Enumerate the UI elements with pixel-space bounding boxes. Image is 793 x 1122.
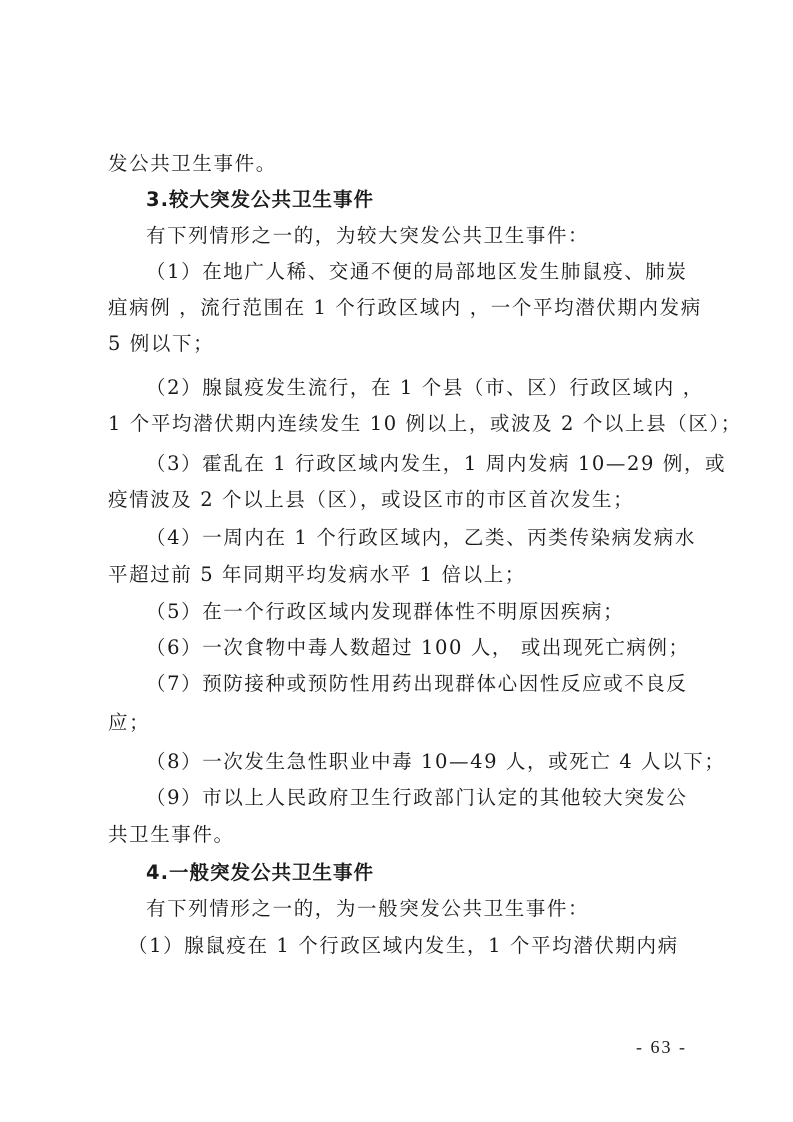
text-line-item-9: （9）市以上人民政府卫生行政部门认定的其他较大突发公 (146, 786, 726, 810)
document-page: 发公共卫生事件。 3.较大突发公共卫生事件 有下列情形之一的，为较大突发公共卫生… (0, 0, 793, 1122)
text-line-item-5: （5）在一个行政区域内发现群体性不明原因疾病； (146, 600, 726, 624)
text-line-item-3: （3）霍乱在 1 行政区域内发生，1 周内发病 10—29 例，或 (146, 452, 726, 476)
text-line-continuation: 1 个平均潜伏期内连续发生 10 例以上，或波及 2 个以上县（区）； (108, 412, 688, 436)
text-line-continuation: 共卫生事件。 (108, 823, 688, 847)
page-number: - 63 - (636, 1036, 687, 1058)
text-line-item-6: （6）一次食物中毒人数超过 100 人， 或出现死亡病例； (146, 636, 726, 660)
text-line-item-7: （7）预防接种或预防性用药出现群体心因性反应或不良反 (146, 672, 726, 696)
section-heading-4: 4.一般突发公共卫生事件 (146, 861, 726, 885)
text-line-paragraph: 有下列情形之一的，为较大突发公共卫生事件： (146, 224, 726, 248)
text-line-paragraph: 有下列情形之一的，为一般突发公共卫生事件： (146, 897, 726, 921)
text-line-item-1: （1）在地广人稀、交通不便的局部地区发生肺鼠疫、肺炭 (146, 260, 726, 284)
text-line-item-1: （1）腺鼠疫在 1 个行政区域内发生，1 个平均潜伏期内病 (128, 934, 708, 958)
text-line-item-8: （8）一次发生急性职业中毒 10—49 人，或死亡 4 人以下； (146, 750, 726, 774)
text-line-continuation: 应； (108, 711, 688, 735)
text-line-continuation: 发公共卫生事件。 (108, 152, 688, 176)
text-line-continuation: 平超过前 5 年同期平均发病水平 1 倍以上； (108, 563, 688, 587)
section-heading-3: 3.较大突发公共卫生事件 (146, 188, 726, 212)
text-line-continuation: 疫情波及 2 个以上县（区），或设区市的市区首次发生； (108, 488, 688, 512)
text-line-item-4: （4）一周内在 1 个行政区域内，乙类、丙类传染病发病水 (146, 526, 726, 550)
text-line-continuation: 5 例以下； (108, 332, 688, 356)
text-line-item-2: （2）腺鼠疫发生流行，在 1 个县（市、区）行政区域内 ， (146, 376, 726, 400)
text-line-continuation: 疽病例 ，流行范围在 1 个行政区域内 ，一个平均潜伏期内发病 (108, 296, 688, 320)
